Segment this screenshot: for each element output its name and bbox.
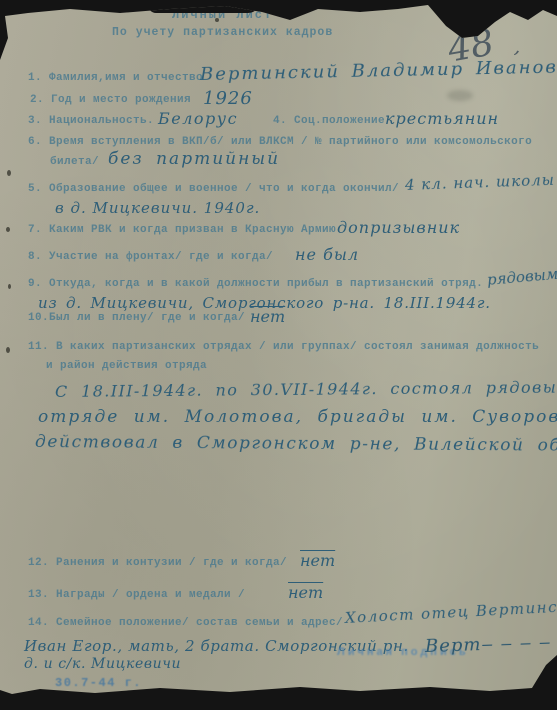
item-9-label: 9. Откуда, когда и в какой должности при… [28, 278, 483, 290]
item-6-value: без партийный [108, 149, 280, 169]
item-3-label: 3. Национальность. [28, 115, 154, 127]
item-7-value: допризывник [337, 218, 460, 237]
item-11-label-line2: и район действия отряда [46, 360, 207, 372]
item-1-value: Вертинский Владимир Иванович [200, 56, 557, 85]
item-5-value-line2: в д. Мицкевичи. 1940г. [55, 199, 260, 217]
item-14-value: Холост отец Вертинск. [345, 597, 557, 627]
eraser-smudge [447, 90, 473, 101]
form-subtitle: По учету партизанских кадров [112, 26, 333, 39]
item-12-label: 12. Ранения и контузии / где и когда/ [28, 557, 287, 569]
paper-speck [7, 170, 11, 176]
item-13-label: 13. Награды / ордена и медали / [28, 589, 245, 601]
item-1-label: 1. Фамилия,имя и отчество [28, 72, 203, 84]
item-5-value: 4 кл. нач. школы [405, 171, 556, 194]
item-10-label: 10.Был ли в плену/ где и когда/ [28, 312, 245, 324]
item-2-label: 2. Год и место рождения [30, 94, 191, 106]
item-10-value: нет [250, 307, 285, 326]
item-5-label: 5. Образование общее и военное / что и к… [28, 183, 399, 195]
paper-sheet: Личный лист По учету партизанских кадров… [0, 0, 557, 710]
item-11-label: 11. В каких партизанских отрядах / или г… [28, 341, 539, 353]
item-2-value: 1926 [203, 88, 253, 109]
item-11-value-line2: отряде им. Молотова, бригады им. Суворов… [38, 407, 557, 427]
item-8-value: не был [295, 245, 359, 264]
item-6-label: 6. Время вступления в ВКП/б/ или ВЛКСМ /… [28, 136, 532, 148]
item-11-value-line1: С 18.III-1944г. по 30.VII-1944г. состоял… [55, 377, 557, 401]
item-9-value: рядовым [486, 265, 557, 289]
item-6-label-line2: билета/ [50, 156, 99, 168]
scanned-document: Личный лист По учету партизанских кадров… [0, 0, 557, 710]
paper-speck [8, 284, 11, 289]
signature-autograph: Верт‒ ‒ ‒ ‒ ‒ [425, 631, 557, 657]
item-14-label: 14. Семейное положение/ состав семьи и а… [28, 617, 343, 629]
item-14-value-line3: д. и с/к. Мицкевичи [24, 656, 181, 672]
item-11-value-line3: действовал в Сморгонском р-не, Вилейской… [35, 432, 557, 456]
item-8-label: 8. Участие на фронтах/ где и когда/ [28, 251, 273, 263]
item-7-label: 7. Каким РВК и когда призван в Красную А… [28, 224, 336, 236]
item-13-value: нет [288, 583, 323, 602]
item-4-value: крестьянин [385, 109, 499, 128]
item-12-value: нет [300, 551, 335, 570]
item-4-label: 4. Соц.положение [273, 115, 385, 127]
item-3-value: Белорус [158, 109, 238, 128]
paper-speck [6, 347, 10, 353]
tear-shadow [148, 0, 260, 13]
date-stamp: 30.7-44 г. [55, 676, 142, 690]
paper-speck [6, 227, 10, 232]
paper-speck [215, 18, 219, 22]
